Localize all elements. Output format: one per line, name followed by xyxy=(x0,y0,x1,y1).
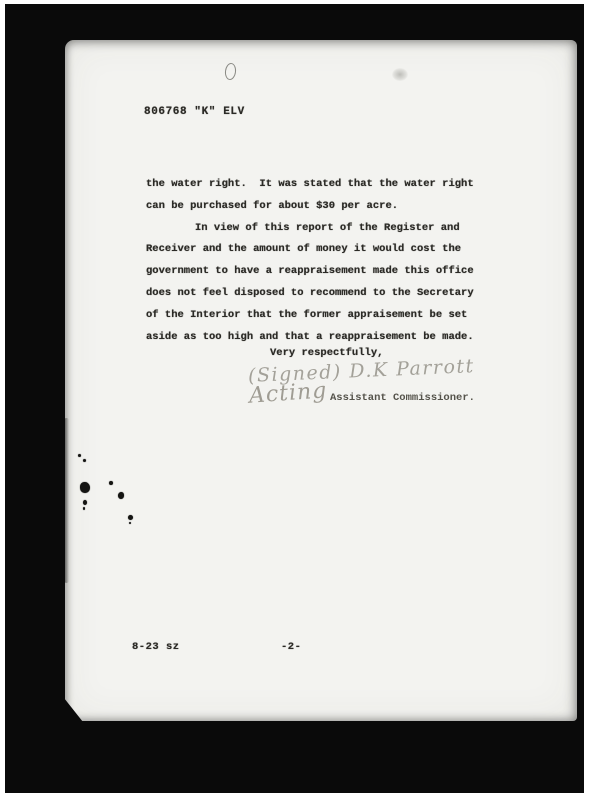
body-line: of the Interior that the former appraise… xyxy=(146,305,474,327)
body-line: aside as too high and that a reappraisem… xyxy=(146,327,474,349)
staple-hole-mark xyxy=(224,62,237,80)
footer-reference: 8-23 sz xyxy=(132,641,180,653)
ink-spot xyxy=(129,522,131,524)
ink-spot xyxy=(80,482,90,493)
ink-spot xyxy=(118,492,124,499)
body-line: can be purchased for about $30 per acre. xyxy=(146,196,474,218)
header-code: 806768 "K" ELV xyxy=(144,106,245,118)
corner-cut xyxy=(64,698,83,722)
smudge-mark xyxy=(392,68,408,81)
signature-role-typed: Assistant Commissioner. xyxy=(330,392,475,404)
body-line: the water right. It was stated that the … xyxy=(146,174,474,196)
body-line: government to have a reappraisement made… xyxy=(146,261,474,283)
body-line: Receiver and the amount of money it woul… xyxy=(146,239,474,261)
ink-spot xyxy=(128,515,133,520)
ink-spot xyxy=(78,454,81,457)
paper: 806768 "K" ELV the water right. It was s… xyxy=(65,40,577,721)
ink-spot xyxy=(109,481,113,485)
body-text: the water right. It was stated that the … xyxy=(146,174,474,348)
ink-spot xyxy=(83,459,86,462)
ink-spot xyxy=(83,500,87,505)
ink-spot xyxy=(83,507,85,510)
body-line: does not feel disposed to recommend to t… xyxy=(146,283,474,305)
signature-role-handwritten: Acting xyxy=(248,378,328,408)
body-line: In view of this report of the Register a… xyxy=(195,218,474,240)
footer-page-number: -2- xyxy=(281,641,301,653)
document-scan: 806768 "K" ELV the water right. It was s… xyxy=(0,0,589,800)
closing-line: Very respectfully, xyxy=(270,347,383,359)
paper-edge-smear xyxy=(64,418,69,583)
